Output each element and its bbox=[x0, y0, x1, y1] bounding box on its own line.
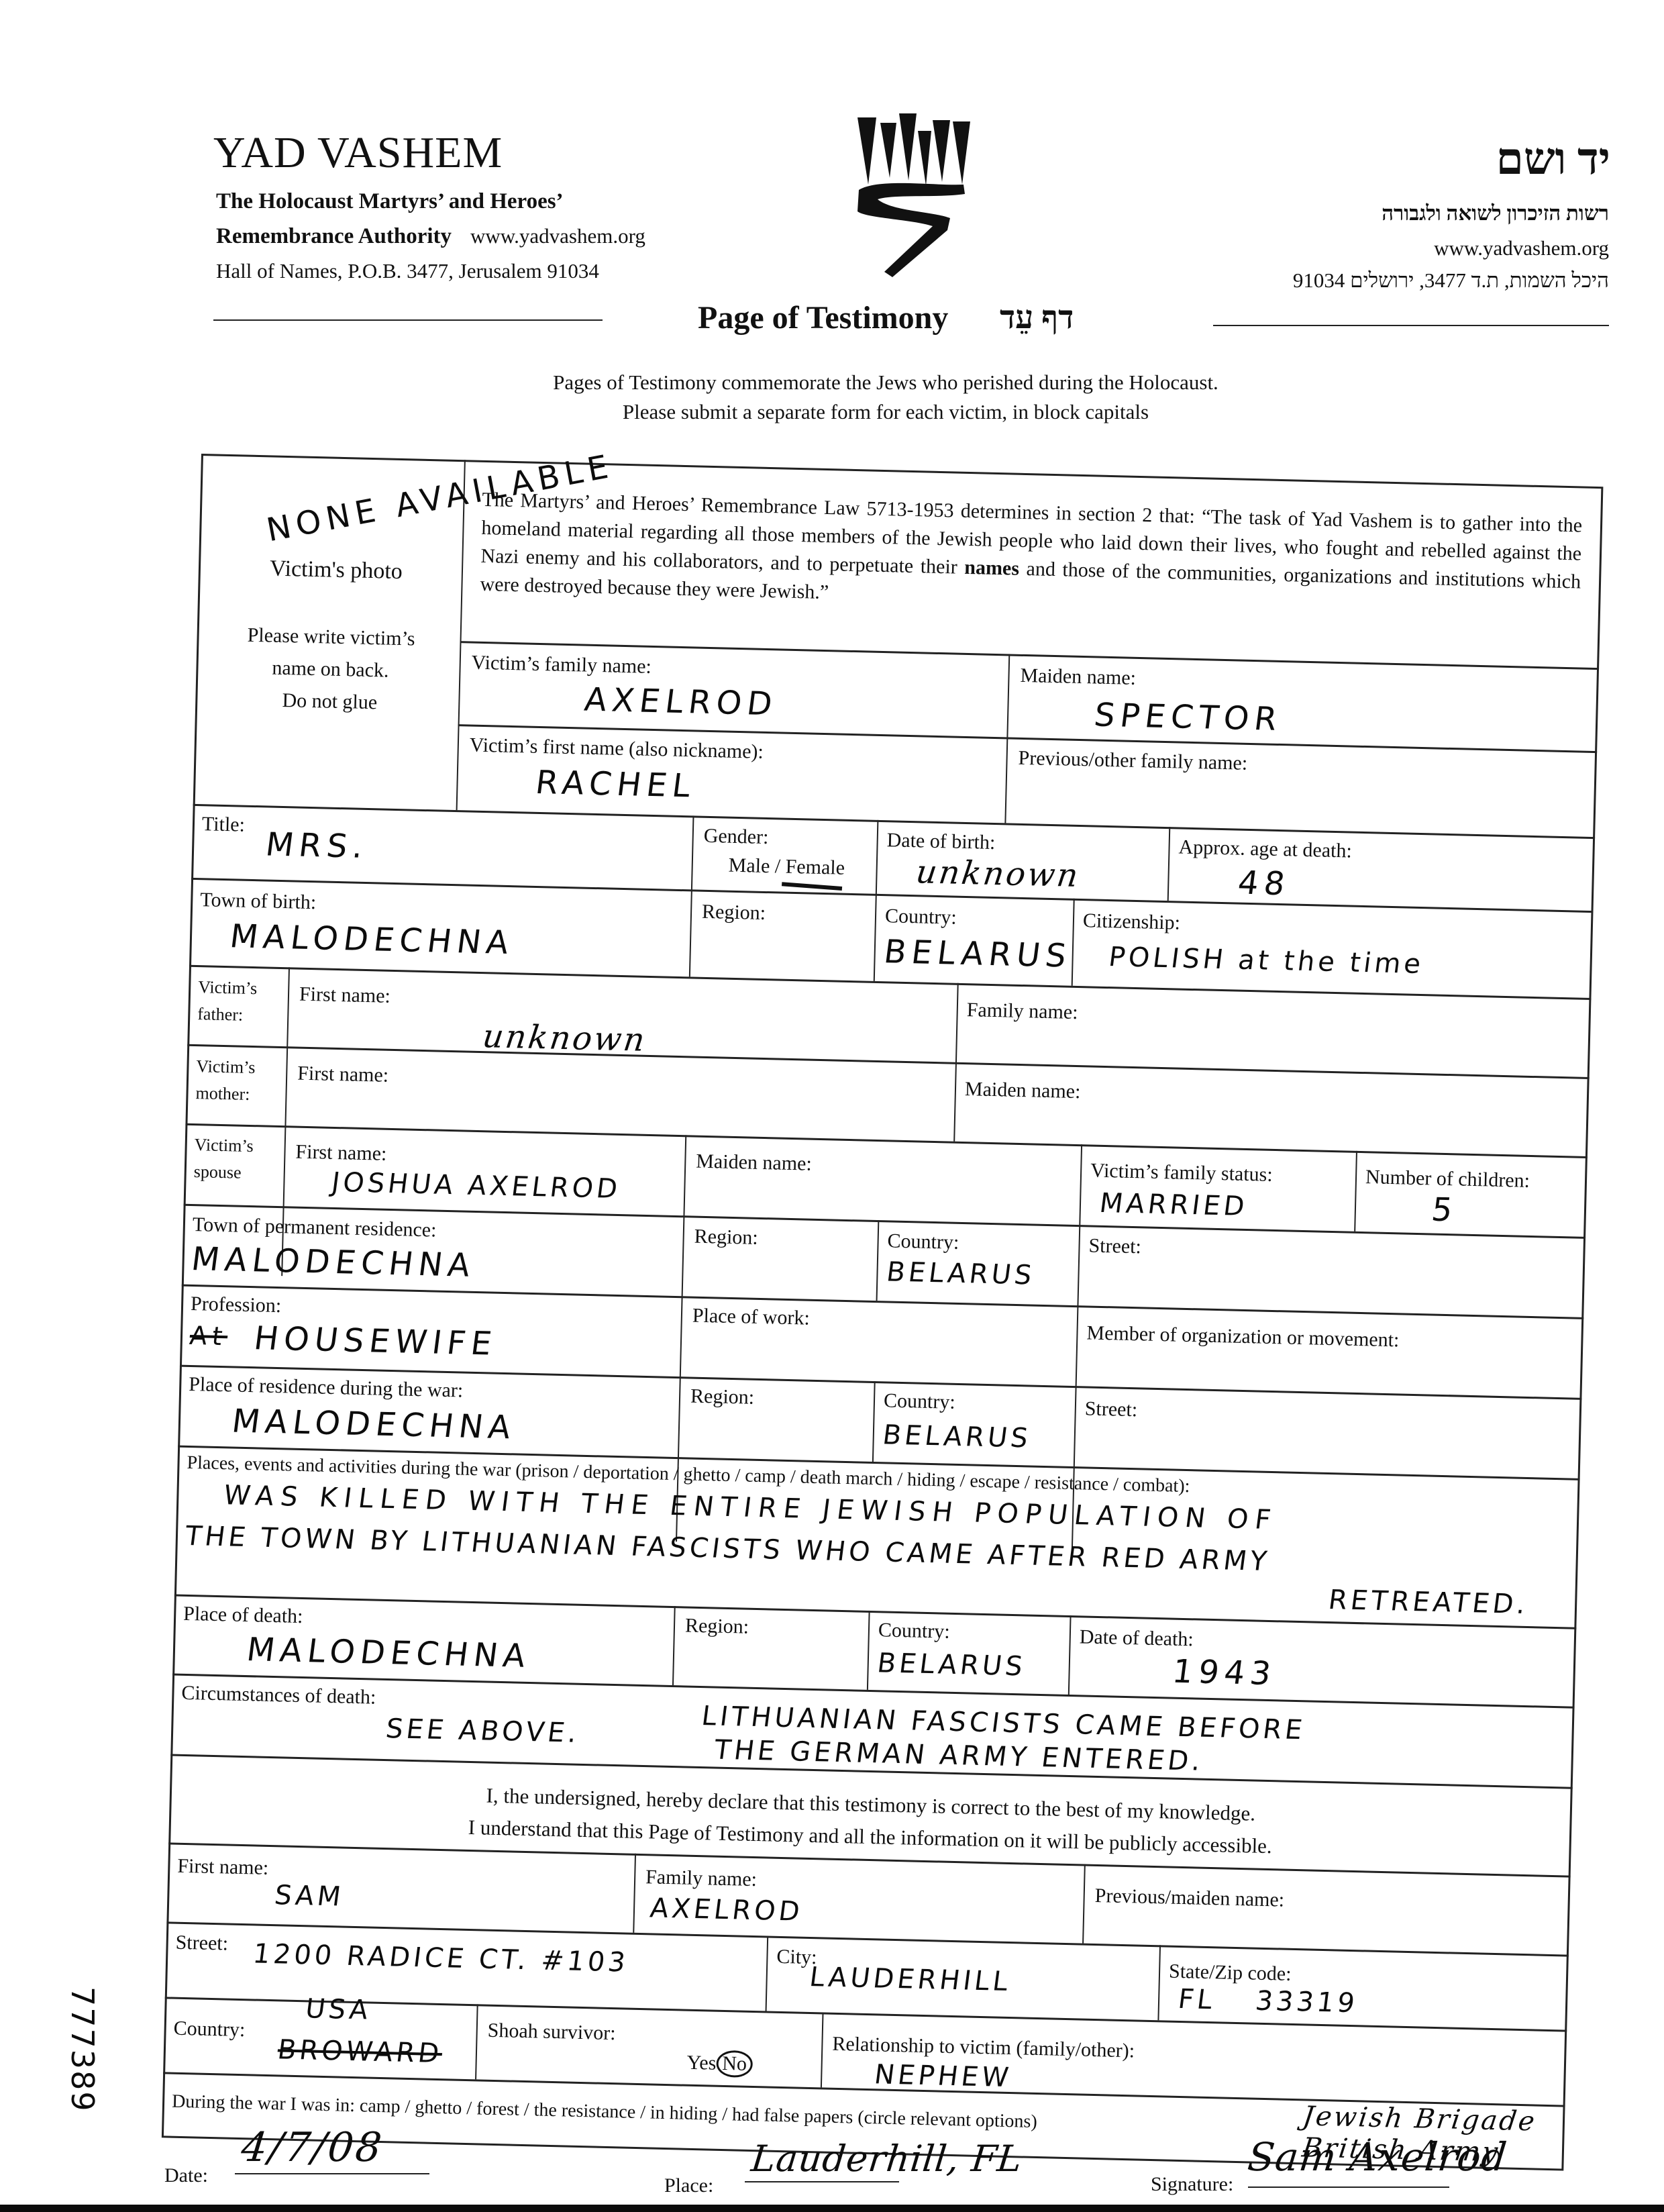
date-of-birth-label: Date of birth: bbox=[886, 829, 995, 854]
gender-options[interactable]: Male / Female bbox=[728, 854, 845, 880]
shoah-survivor-no[interactable]: No bbox=[716, 2050, 753, 2078]
submitter-street-label: Street: bbox=[175, 1931, 228, 1956]
org-name: YAD VASHEM bbox=[213, 128, 503, 179]
age-at-death-field[interactable]: 48 bbox=[1236, 864, 1292, 903]
submitter-family-name-label: Family name: bbox=[645, 1866, 758, 1891]
place-of-work-label: Place of work: bbox=[692, 1305, 811, 1330]
war-residence-field[interactable]: MALODECHNA bbox=[229, 1403, 518, 1447]
signature-field[interactable]: Sam Axelrod bbox=[1245, 2134, 1509, 2180]
mother-first-name-label: First name: bbox=[297, 1062, 389, 1087]
menorah-logo-icon bbox=[852, 111, 973, 285]
hebrew-address: היכל השמות, ת.ד 3477, ירושלים 91034 bbox=[1293, 268, 1609, 293]
father-row-label-2: father: bbox=[197, 1001, 257, 1029]
death-place-label: Place of death: bbox=[183, 1603, 303, 1628]
state-zip-label: State/Zip code: bbox=[1169, 1960, 1292, 1986]
birth-country-label: Country: bbox=[885, 905, 957, 929]
margin-note: 777389 bbox=[64, 1987, 101, 2113]
circumstances-field-1[interactable]: SEE ABOVE. bbox=[384, 1713, 582, 1749]
gender-label: Gender: bbox=[703, 825, 768, 849]
hebrew-org-name: יד ושם bbox=[1496, 134, 1610, 185]
birth-region-label: Region: bbox=[702, 901, 766, 925]
testimony-form: NONE AVAILABLE Victim's photo Please wri… bbox=[162, 454, 1604, 2171]
header-divider-left bbox=[213, 319, 603, 321]
shoah-survivor-label: Shoah survivor: bbox=[487, 2019, 616, 2045]
profession-label: Profession: bbox=[191, 1293, 282, 1317]
scan-edge-strip bbox=[0, 2205, 1664, 2212]
hebrew-org-subtitle: רשות הזיכרון לשואה ולגבורה bbox=[1382, 201, 1609, 225]
profession-field[interactable]: HOUSEWIFE bbox=[252, 1319, 499, 1362]
war-country-label: Country: bbox=[884, 1389, 955, 1414]
death-date-field[interactable]: 1943 bbox=[1170, 1653, 1278, 1693]
photo-instruction-3: Do not glue bbox=[209, 683, 451, 720]
family-status-field[interactable]: MARRIED bbox=[1098, 1188, 1249, 1222]
date-of-birth-field[interactable]: unknown bbox=[914, 853, 1082, 895]
photo-instruction-1: Please write victim’s bbox=[210, 618, 452, 656]
citizenship-label: Citizenship: bbox=[1083, 909, 1181, 934]
title-label: Title: bbox=[202, 813, 246, 836]
town-of-birth-label: Town of birth: bbox=[200, 889, 317, 914]
page-title-hebrew: דף עֵד bbox=[1000, 299, 1074, 336]
signature-label: Signature: bbox=[1151, 2173, 1233, 2196]
profession-crossed-out: At bbox=[188, 1321, 229, 1351]
intro-text: Pages of Testimony commemorate the Jews … bbox=[268, 368, 1503, 427]
submitter-country-field[interactable]: USA bbox=[303, 1993, 373, 2025]
father-first-name-label: First name: bbox=[299, 983, 391, 1008]
spouse-row-label-1: Victim’s bbox=[194, 1132, 254, 1160]
death-country-field[interactable]: BELARUS bbox=[876, 1648, 1028, 1682]
spouse-maiden-name-label: Maiden name: bbox=[696, 1150, 812, 1176]
signature-underline bbox=[1248, 2186, 1449, 2188]
spouse-first-name-label: First name: bbox=[295, 1141, 387, 1166]
death-date-label: Date of death: bbox=[1079, 1625, 1194, 1651]
father-row-label: Victim’sfather: bbox=[197, 974, 258, 1029]
submitter-first-name-label: First name: bbox=[177, 1855, 269, 1880]
father-family-name-label: Family name: bbox=[966, 999, 1078, 1024]
war-events-line-3[interactable]: RETREATED. bbox=[1327, 1585, 1530, 1620]
state-value: FL bbox=[1176, 1984, 1217, 2015]
zip-value: 33319 bbox=[1253, 1986, 1359, 2019]
law-text-bold: names bbox=[964, 556, 1019, 580]
first-name-field[interactable]: RACHEL bbox=[533, 764, 698, 805]
place-label: Place: bbox=[664, 2174, 713, 2197]
photo-instruction-2: name on back. bbox=[209, 650, 452, 688]
family-name-field[interactable]: AXELROD bbox=[582, 681, 780, 723]
during-war-field-1[interactable]: Jewish Brigade bbox=[1301, 2101, 1539, 2137]
residence-town-field[interactable]: MALODECHNA bbox=[189, 1240, 478, 1285]
mother-row-label-1: Victim’s bbox=[196, 1053, 256, 1081]
father-row-label-1: Victim’s bbox=[198, 974, 258, 1002]
submitter-family-name-field[interactable]: AXELROD bbox=[648, 1893, 804, 1927]
org-subtitle-2: Remembrance Authority bbox=[216, 224, 452, 248]
death-region-label: Region: bbox=[685, 1614, 749, 1638]
family-name-label: Victim’s family name: bbox=[471, 652, 652, 678]
residence-street-label: Street: bbox=[1088, 1234, 1141, 1258]
hebrew-website-link[interactable]: www.yadvashem.org bbox=[1434, 236, 1609, 260]
relationship-field[interactable]: NEPHEW bbox=[872, 2059, 1013, 2093]
mother-row-label-2: mother: bbox=[195, 1080, 255, 1108]
photo-instructions: Please write victim’s name on back. Do n… bbox=[209, 618, 452, 720]
date-label: Date: bbox=[164, 2164, 208, 2187]
circumstances-label: Circumstances of death: bbox=[181, 1682, 376, 1709]
title-field[interactable]: MRS. bbox=[264, 826, 371, 866]
mother-maiden-name-label: Maiden name: bbox=[965, 1078, 1081, 1103]
place-field[interactable]: Lauderhill, FL bbox=[749, 2138, 1025, 2180]
shoah-survivor-options: YesNo bbox=[686, 2050, 753, 2078]
submitter-country-crossed-out: BROWARD bbox=[276, 2034, 444, 2069]
death-place-field[interactable]: MALODECHNA bbox=[244, 1631, 533, 1675]
death-country-label: Country: bbox=[878, 1619, 950, 1644]
children-label: Number of children: bbox=[1365, 1166, 1530, 1193]
residence-country-label: Country: bbox=[887, 1229, 959, 1254]
submitter-previous-name-label: Previous/maiden name: bbox=[1094, 1884, 1284, 1912]
war-country-field[interactable]: BELARUS bbox=[881, 1419, 1033, 1454]
submitter-city-field[interactable]: LAUDERHILL bbox=[808, 1962, 1013, 1997]
place-underline bbox=[745, 2181, 899, 2182]
submitter-country-label: Country: bbox=[173, 2017, 245, 2042]
family-status-label: Victim’s family status: bbox=[1090, 1160, 1273, 1187]
date-underline bbox=[235, 2173, 429, 2174]
intro-line-1: Pages of Testimony commemorate the Jews … bbox=[268, 368, 1503, 397]
website-link[interactable]: www.yadvashem.org bbox=[470, 224, 645, 248]
intro-line-2: Please submit a separate form for each v… bbox=[268, 397, 1503, 427]
town-of-birth-field[interactable]: MALODECHNA bbox=[227, 917, 516, 962]
org-address: Hall of Names, P.O.B. 3477, Jerusalem 91… bbox=[216, 259, 599, 283]
state-zip-field[interactable]: FL33319 bbox=[1176, 1984, 1359, 2019]
shoah-survivor-yes[interactable]: Yes bbox=[686, 2052, 716, 2074]
spouse-row-label: Victim’sspouse bbox=[193, 1132, 254, 1187]
maiden-name-field[interactable]: SPECTOR bbox=[1092, 697, 1285, 738]
header-divider-right bbox=[1213, 325, 1609, 326]
page-title: Page of Testimony bbox=[698, 299, 948, 336]
residence-country-field[interactable]: BELARUS bbox=[885, 1256, 1037, 1291]
org-subtitle-1: The Holocaust Martyrs’ and Heroes’ bbox=[216, 189, 564, 214]
children-field[interactable]: 5 bbox=[1429, 1191, 1460, 1229]
mother-row-label: Victim’smother: bbox=[195, 1053, 256, 1108]
war-street-label: Street: bbox=[1084, 1397, 1137, 1421]
date-field[interactable]: 4/7/08 bbox=[239, 2124, 385, 2171]
war-region-label: Region: bbox=[690, 1385, 755, 1409]
maiden-name-label: Maiden name: bbox=[1020, 664, 1136, 690]
birth-country-field[interactable]: BELARUS bbox=[882, 933, 1074, 974]
submitter-first-name-field[interactable]: SAM bbox=[272, 1880, 346, 1912]
spouse-row-label-2: spouse bbox=[193, 1158, 253, 1187]
age-at-death-label: Approx. age at death: bbox=[1178, 836, 1352, 862]
residence-region-label: Region: bbox=[694, 1225, 758, 1250]
org-subtitle-line-2: Remembrance Authoritywww.yadvashem.org bbox=[216, 224, 645, 249]
photo-label: Victim's photo bbox=[239, 555, 434, 585]
